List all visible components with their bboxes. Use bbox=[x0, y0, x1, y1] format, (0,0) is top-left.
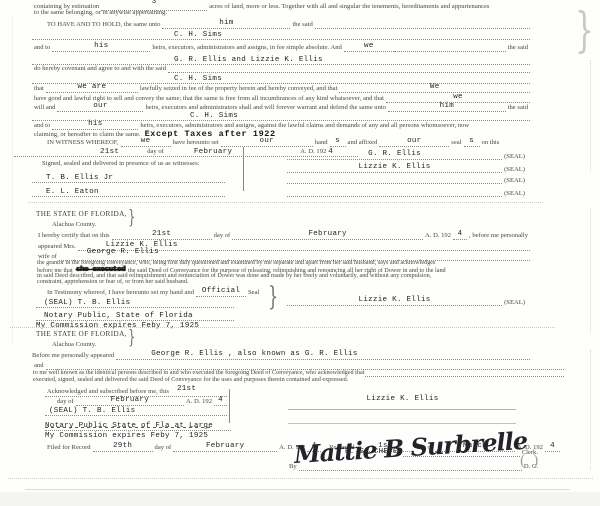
have-hold-blank: him bbox=[162, 20, 290, 29]
belonging-text: to the same belonging, or in anywise app… bbox=[32, 10, 169, 17]
signature-line bbox=[287, 183, 502, 184]
seal-row-4: (SEAL) bbox=[287, 190, 527, 197]
the-said-2: the said bbox=[506, 45, 530, 52]
notary-signature-line-1: (SEAL) T. B. Ellis bbox=[36, 297, 234, 308]
witness-heading-line: Signed, sealed and delivered in presence… bbox=[40, 161, 201, 168]
grantee-name-line-3: C. H. Sims bbox=[32, 110, 530, 121]
heirs-simple-text: heirs, executors, administrators and ass… bbox=[150, 45, 344, 52]
ack1-day: 21st bbox=[152, 231, 171, 239]
covenant-text: do hereby covenant and agree to and with… bbox=[32, 66, 168, 73]
seal-label: (SEAL) bbox=[502, 166, 527, 173]
grantors-name-line: G. R. Ellis and Lizzie K. Ellis bbox=[32, 54, 530, 65]
signature-rule bbox=[288, 423, 516, 424]
binding-mark bbox=[12, 15, 13, 345]
we-blank-2: We bbox=[339, 84, 530, 93]
notary-signature-2: (SEAL) T. B. Ellis bbox=[49, 408, 135, 416]
appeared-name-2: George R. Ellis , also known as G. R. El… bbox=[151, 351, 357, 359]
that-label: that bbox=[32, 86, 46, 93]
seized-text: lawfully seized in fee of the property h… bbox=[138, 86, 340, 93]
the-said-1: the said bbox=[290, 22, 314, 29]
filed-day-blank: 29th bbox=[93, 443, 153, 452]
we-blank-1: we bbox=[344, 43, 394, 52]
section-divider bbox=[28, 202, 543, 203]
witness-1-signature: T. B. Ellis Jr bbox=[46, 175, 113, 183]
filed-label: Filed for Record bbox=[45, 445, 93, 452]
dower-para-4: constraint, apprehension or fear of, or … bbox=[36, 279, 190, 286]
official-blank: Official bbox=[196, 288, 246, 297]
estimation-after: acres of land, more or less. Together wi… bbox=[207, 4, 491, 11]
certify-line: I hereby certify that on this 21st day o… bbox=[36, 231, 530, 240]
acknowledged-lead: Acknowledged and subscribed before me, t… bbox=[45, 389, 171, 396]
we-are-blank: we are bbox=[46, 84, 138, 93]
binding-mark bbox=[590, 60, 591, 172]
state-of-florida-2: THE STATE OF FLORIDA, bbox=[36, 331, 127, 339]
seized-line: that we are lawfully seized in fee of th… bbox=[32, 84, 530, 93]
appeared-lead-2: Before me personally appeared bbox=[30, 353, 116, 360]
signature-line: Lizzie K. Ellis bbox=[287, 297, 502, 306]
ack1-year-blank: 4 bbox=[453, 231, 467, 240]
witness-bracket bbox=[243, 147, 244, 191]
seal-plural-blank: s bbox=[464, 138, 480, 147]
seal-text: Seal bbox=[246, 290, 261, 297]
ack2-month: February bbox=[111, 397, 149, 405]
recorded-year: 4 bbox=[550, 443, 555, 451]
signature-rule bbox=[288, 409, 516, 410]
on-this-text: on this bbox=[480, 140, 502, 147]
seal-label: (SEAL) bbox=[502, 299, 527, 306]
county-line-1: Alachua County. bbox=[50, 222, 98, 229]
commission-text-2: My Commission expires Feby 7, 1925 bbox=[45, 433, 208, 441]
his-blank-1: his bbox=[52, 43, 150, 52]
seal-word: seal bbox=[449, 140, 463, 147]
our-value-2: our bbox=[260, 138, 274, 146]
filed-month: February bbox=[206, 443, 244, 451]
witness-2-signature: E. L. Eaton bbox=[46, 189, 99, 197]
we-value-4: we bbox=[141, 138, 151, 146]
lawful-right-text: have good and lawful right to sell and c… bbox=[32, 96, 386, 103]
filed-day: 29th bbox=[113, 443, 132, 451]
executed-line: executed, signed, sealed and delivered t… bbox=[32, 377, 349, 384]
commission-line-1: My Commission expires Feby 7, 1925 bbox=[36, 320, 199, 330]
alachua-county-2: Alachua County. bbox=[50, 342, 98, 349]
we-value-2: We bbox=[430, 84, 440, 92]
page-edge-line bbox=[8, 478, 593, 479]
state-line-2: THE STATE OF FLORIDA, bbox=[36, 331, 127, 339]
ack1-year: 4 bbox=[458, 231, 463, 239]
his-value-1: his bbox=[94, 43, 108, 51]
we-blank-3: we bbox=[386, 94, 530, 103]
official-value: Official bbox=[202, 288, 240, 296]
page-edge-line bbox=[25, 489, 570, 490]
signing-day-of: day of bbox=[145, 149, 166, 156]
ack1-month-blank: February bbox=[232, 231, 423, 240]
ack1-day-of: day of bbox=[212, 233, 233, 240]
dotted-fill bbox=[365, 376, 564, 377]
signer-1-signature: G. R. Ellis bbox=[368, 151, 421, 159]
we-are-value: we are bbox=[77, 84, 106, 92]
husband-name: George R. Ellis bbox=[87, 249, 159, 257]
ack2-bracket bbox=[229, 389, 230, 423]
signature-line bbox=[287, 196, 502, 197]
have-hold-value: him bbox=[219, 20, 233, 28]
county-line-2: Alachua County. bbox=[50, 342, 98, 349]
testimony-lead: In Testimony whereof, I have hereunto se… bbox=[45, 290, 196, 297]
filed-day-of: day of bbox=[153, 445, 174, 452]
dotted-fill bbox=[299, 470, 522, 471]
witness-1-line: T. B. Ellis Jr bbox=[32, 172, 225, 183]
lizzie-signature-ack2: Lizzie K. Ellis bbox=[366, 396, 438, 404]
our-blank-3: our bbox=[379, 138, 449, 147]
appeared-line-2: Before me personally appeared George R. … bbox=[30, 351, 530, 360]
hand-plural: s bbox=[335, 138, 340, 146]
witness-2-line: E. L. Eaton bbox=[32, 186, 225, 197]
state-brace-2: } bbox=[128, 328, 135, 347]
margin-paren-close: ) bbox=[533, 452, 538, 470]
notary-brace-1: } bbox=[268, 284, 278, 310]
notary-signature-1: (SEAL) T. B. Ellis bbox=[44, 300, 130, 308]
signing-month: February bbox=[194, 149, 232, 157]
signature-line: Lizzie K. Ellis bbox=[287, 164, 502, 173]
scan-margin-strip bbox=[0, 492, 600, 506]
seal-row-2: Lizzie K. Ellis (SEAL) bbox=[287, 164, 527, 173]
belonging-line: to the same belonging, or in anywise app… bbox=[32, 10, 169, 17]
binding-mark bbox=[590, 350, 591, 470]
fee-simple-line: and to his heirs, executors, administrat… bbox=[32, 43, 530, 52]
we-value-3: we bbox=[453, 94, 463, 102]
lizzie-line-ack2: Lizzie K. Ellis bbox=[300, 396, 505, 404]
notary-title-2: Notary Public State of Fla at Large bbox=[45, 423, 213, 431]
witness-heading: Signed, sealed and delivered in presence… bbox=[40, 161, 201, 168]
filed-month-blank: February bbox=[173, 443, 277, 452]
signing-day: 21st bbox=[100, 149, 119, 157]
grantee-name-3: C. H. Sims bbox=[190, 113, 238, 121]
ack1-month: February bbox=[308, 231, 346, 239]
appeared-name-line-2: George R. Ellis , also known as G. R. El… bbox=[116, 351, 530, 360]
grantors-names: G. R. Ellis and Lizzie K. Ellis bbox=[174, 57, 323, 65]
lizzie-signature-ack1: Lizzie K. Ellis bbox=[359, 297, 431, 305]
state-of-florida-1: THE STATE OF FLORIDA, bbox=[36, 211, 127, 219]
have-hold-label: TO HAVE AND TO HOLD, the same unto bbox=[45, 22, 162, 29]
dotted-fill bbox=[394, 51, 506, 52]
margin-brace: } bbox=[575, 6, 594, 54]
binding-mark bbox=[590, 208, 591, 333]
grantee-name-line-1: C. H. Sims bbox=[32, 29, 530, 40]
seal-plural: s bbox=[469, 138, 474, 146]
state-brace-1: } bbox=[128, 208, 135, 227]
covenant-line: do hereby covenant and agree to and with… bbox=[32, 66, 530, 73]
seal-row-1: G. R. Ellis (SEAL) bbox=[287, 151, 527, 160]
grantee-name-1: C. H. Sims bbox=[174, 32, 222, 40]
executed-text: executed, signed, sealed and delivered t… bbox=[32, 377, 349, 384]
commission-line-2: My Commission expires Feby 7, 1925 bbox=[45, 430, 208, 440]
seal-label: (SEAL) bbox=[502, 190, 527, 197]
habendum-line: TO HAVE AND TO HOLD, the same unto him t… bbox=[45, 20, 530, 29]
notary-signature-line-2: (SEAL) T. B. Ellis bbox=[45, 405, 227, 416]
seal-label: (SEAL) bbox=[502, 177, 527, 184]
grantee-name-line-2: C. H. Sims bbox=[32, 73, 530, 84]
state-line-1: THE STATE OF FLORIDA, bbox=[36, 211, 127, 219]
signer-2-signature: Lizzie K. Ellis bbox=[359, 164, 431, 172]
ack2-year: 4 bbox=[218, 397, 223, 405]
appeared-label: appeared Mrs. bbox=[36, 244, 78, 251]
seal-label: (SEAL) bbox=[502, 153, 527, 160]
section-divider bbox=[10, 327, 555, 328]
notary-title-1: Notary Public, State of Florida bbox=[44, 313, 193, 321]
ack1-ad-label: A. D. 192 bbox=[423, 233, 453, 240]
certify-tail: , before me personally bbox=[467, 233, 530, 240]
alachua-county-1: Alachua County. bbox=[50, 222, 98, 229]
signature-line: G. R. Ellis bbox=[287, 151, 502, 160]
grantee-name-2: C. H. Sims bbox=[174, 76, 222, 84]
our-value-3: our bbox=[407, 138, 421, 146]
certify-lead: I hereby certify that on this bbox=[36, 233, 112, 240]
we-value-1: we bbox=[364, 43, 374, 51]
seal-row-5: Lizzie K. Ellis (SEAL) bbox=[287, 297, 527, 306]
scanned-deed-page: containing by estimation 3 acres of land… bbox=[0, 0, 600, 506]
recorded-year-blank: 4 bbox=[545, 443, 560, 452]
estimation-value: 3 bbox=[152, 0, 157, 7]
and-to-1: and to bbox=[32, 45, 52, 52]
dower-text-4: constraint, apprehension or fear of, or … bbox=[36, 279, 190, 286]
ack1-day-blank: 21st bbox=[112, 231, 212, 240]
testimony-line: In Testimony whereof, I have hereunto se… bbox=[45, 288, 261, 297]
margin-paren-open: ( bbox=[520, 452, 525, 470]
seal-row-3: (SEAL) bbox=[287, 177, 527, 184]
ack2-day: 21st bbox=[177, 386, 196, 394]
